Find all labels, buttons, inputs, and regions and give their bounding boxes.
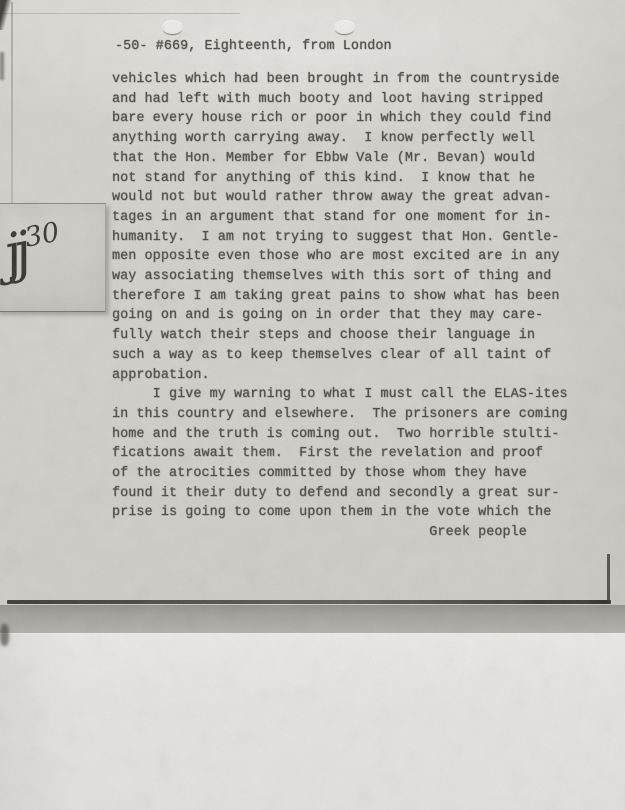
- text-line: humanity. I am not trying to suggest tha…: [112, 228, 568, 248]
- text-line: found it their duty to defend and second…: [112, 484, 568, 504]
- scanner-gap-band: [0, 604, 625, 635]
- text-line: fully watch their steps and choose their…: [112, 326, 568, 346]
- text-line: home and the truth is coming out. Two ho…: [112, 425, 568, 445]
- text-line: vehicles which had been brought in from …: [112, 70, 568, 90]
- text-line: prise is going to come upon them in the …: [112, 503, 568, 523]
- text-line: therefore I am taking great pains to sho…: [112, 287, 568, 307]
- text-line: such a way as to keep themselves clear o…: [112, 346, 568, 366]
- text-line: going on and is going on in order that t…: [112, 306, 568, 326]
- text-line: would not but would rather throw away th…: [112, 188, 568, 208]
- text-line: fications await them. First the revelati…: [112, 444, 568, 464]
- punch-hole-right: [334, 20, 355, 34]
- text-line: approbation.: [112, 366, 568, 386]
- lower-blank-sheet: [0, 633, 625, 810]
- handwritten-tab: jj30: [0, 203, 106, 312]
- text-line: and had left with much booty and loot ha…: [112, 90, 568, 110]
- page-right-edge: [607, 554, 610, 603]
- punch-hole-left: [162, 20, 183, 34]
- text-line: not stand for anything of this kind. I k…: [112, 169, 568, 189]
- text-line: in this country and elsewhere. The priso…: [112, 405, 568, 425]
- page-top-crease: [0, 13, 240, 14]
- document-body: vehicles which had been brought in from …: [112, 70, 568, 543]
- text-line: men opposite even those who are most exc…: [112, 247, 568, 267]
- handwritten-note-superscript: 30: [22, 217, 62, 254]
- text-line: of the atrocities committed by those who…: [112, 464, 568, 484]
- text-line: Greek people: [112, 523, 568, 543]
- text-line: way associating themselves with this sor…: [112, 267, 568, 287]
- edge-smudge-mark: [0, 52, 4, 80]
- page-header-line: -50- #669, Eighteenth, from London: [115, 39, 392, 54]
- text-line: bare every house rich or poor in which t…: [112, 109, 568, 129]
- edge-smudge-mark: [0, 624, 9, 646]
- text-line: tages in an argument that stand for one …: [112, 208, 568, 228]
- text-line: anything worth carrying away. I know per…: [112, 129, 568, 149]
- page-bottom-edge: [7, 600, 611, 604]
- scanned-document-view: -50- #669, Eighteenth, from London vehic…: [0, 0, 625, 810]
- vertical-crease: [11, 2, 13, 204]
- text-line: that the Hon. Member for Ebbw Vale (Mr. …: [112, 149, 568, 169]
- text-line: I give my warning to what I must call th…: [112, 385, 568, 405]
- handwritten-note: jj30: [0, 213, 63, 285]
